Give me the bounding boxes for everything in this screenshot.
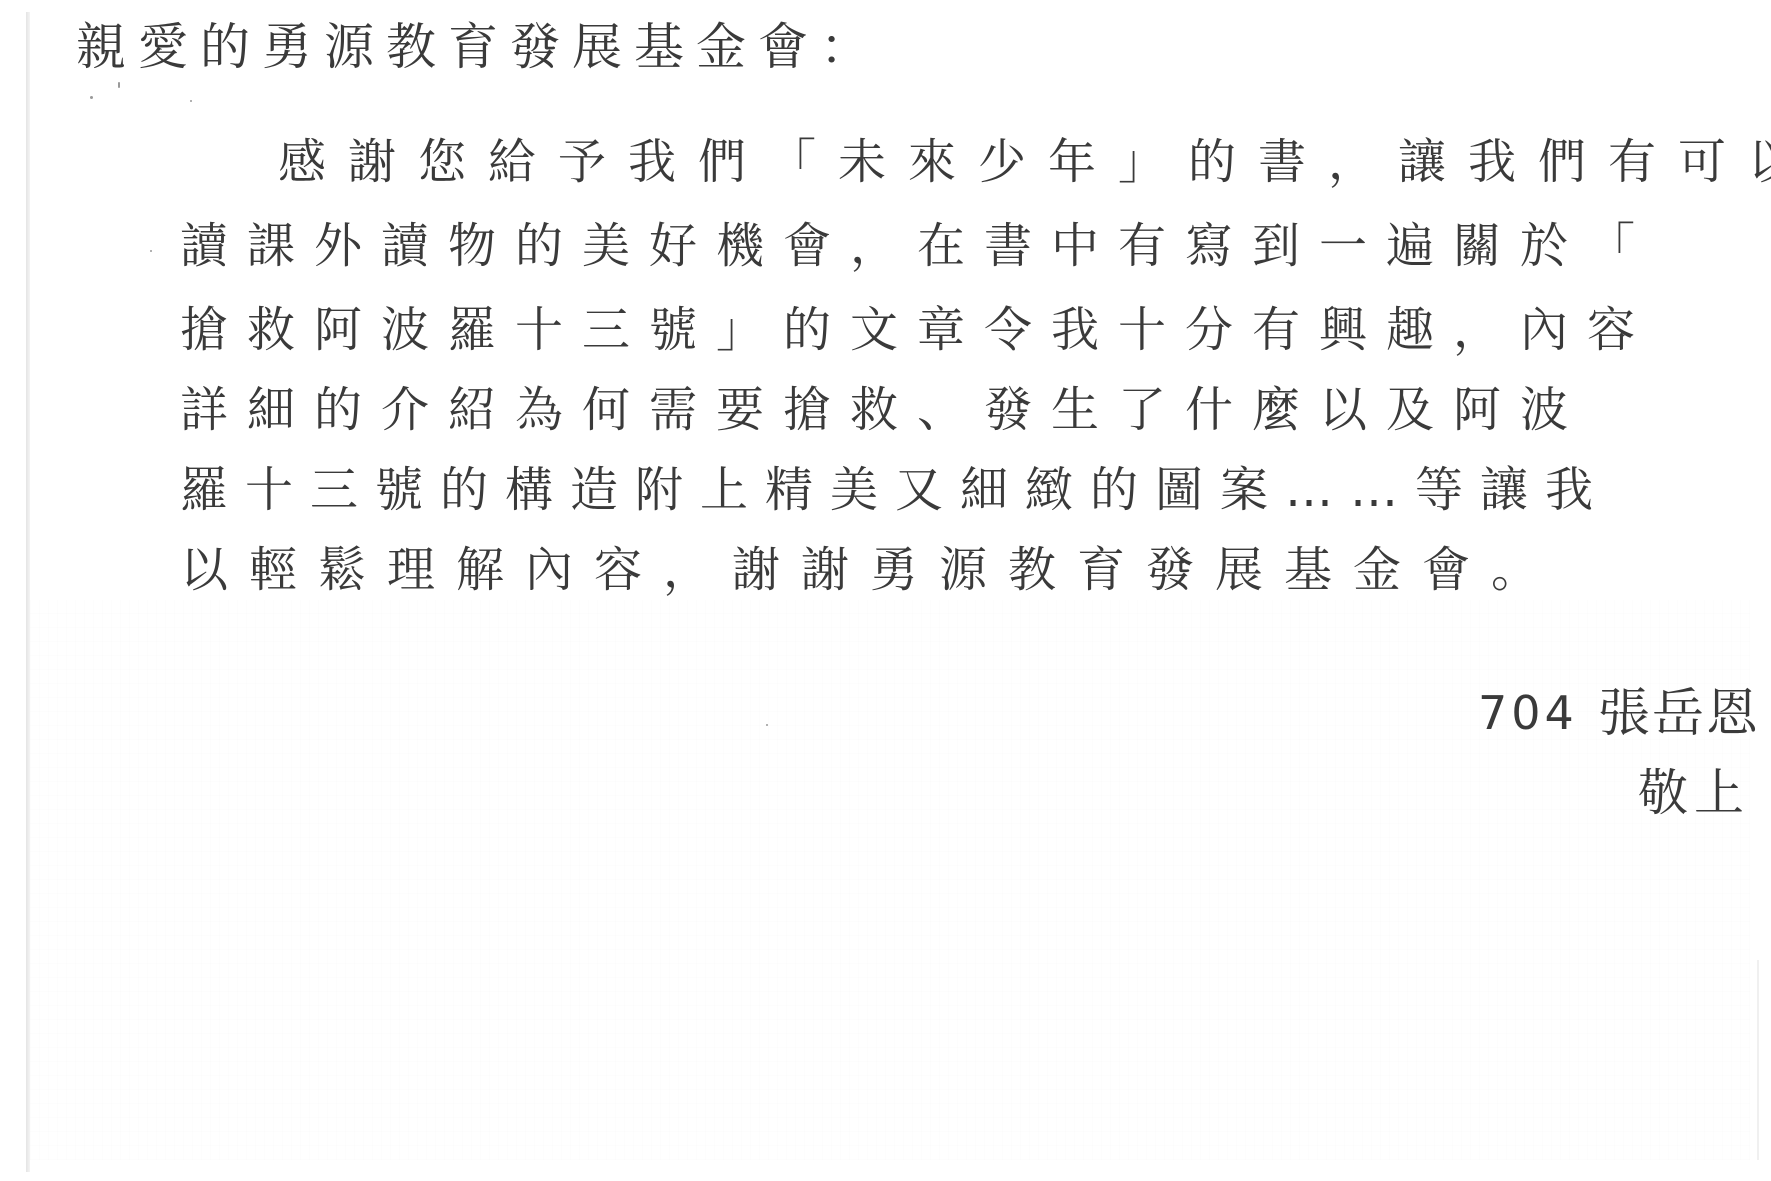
signature-closing: 敬上 [1638,768,1750,818]
letter-body-line-4: 詳細的介紹為何需要搶救、發生了什麼以及阿波 [180,386,1587,434]
signature-class-number: 704 [1478,690,1578,736]
scan-speck [766,724,768,726]
scan-speck [118,82,120,88]
scan-noise [30,600,1750,1160]
letter-body-line-2: 讀課外讀物的美好機會，在書中有寫到一遍關於「 [180,222,1654,270]
scan-speck [90,96,93,99]
letter-body-line-6: 以輕鬆理解內容，謝謝勇源教育發展基金會。 [180,546,1560,594]
scan-page-edge-right [1757,960,1759,1160]
signature-name: 張岳恩 [1598,688,1760,740]
letter-body-line-1: 感謝您給予我們「未來少年」的書，讓我們有可以 [278,138,1771,186]
letter-body-line-5: 羅十三號的構造附上精美又細緻的圖案……等讓我 [180,466,1610,514]
scanned-letter-page: 親愛的勇源教育發展基金會： 感謝您給予我們「未來少年」的書，讓我們有可以 讀課外… [0,0,1771,1181]
letter-body-line-3: 搶救阿波羅十三號」的文章令我十分有興趣，內容 [180,306,1654,354]
scan-speck [190,100,192,102]
letter-salutation: 親愛的勇源教育發展基金會： [76,22,882,72]
scan-speck [150,250,152,252]
